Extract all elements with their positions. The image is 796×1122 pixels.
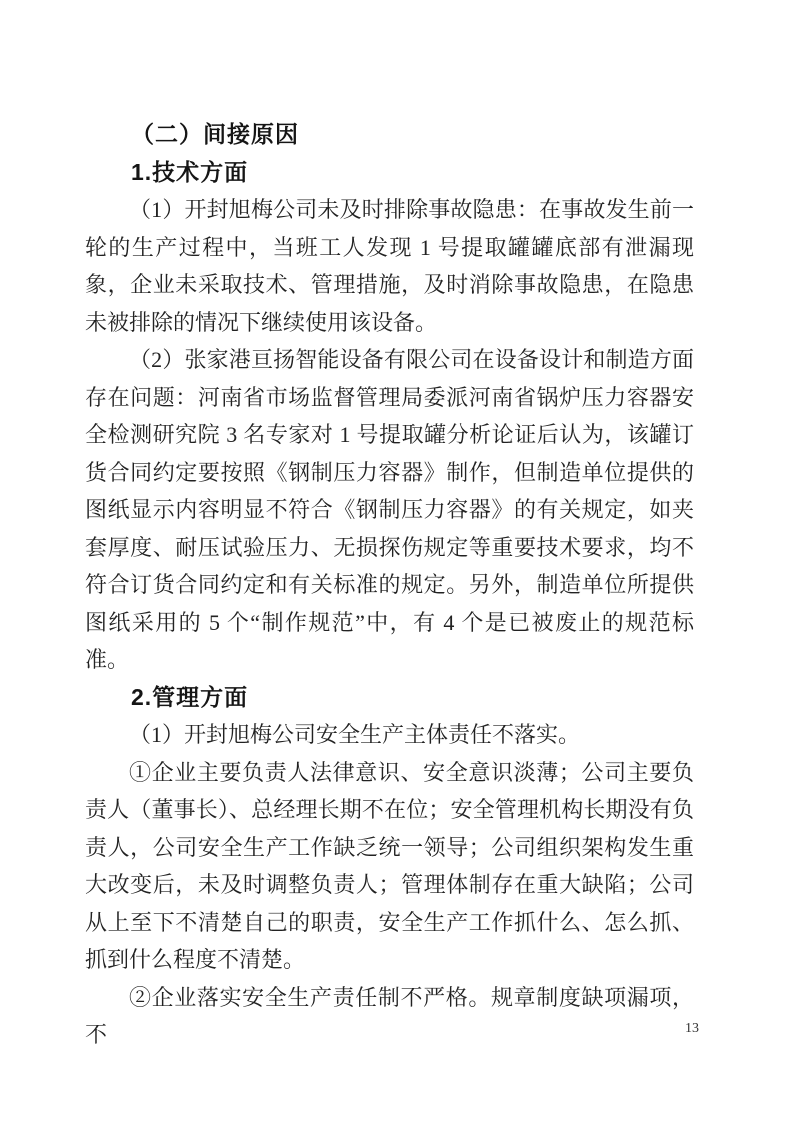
subsection-heading-technical: 1.技术方面 [85,154,694,192]
page-number: 13 [685,1021,699,1037]
paragraph-management-item-1: ①企业主要负责人法律意识、安全意识淡薄；公司主要负责人（董事长）、总经理长期不在… [85,754,694,979]
paragraph-management-item-2: ②企业落实安全生产责任制不严格。规章制度缺项漏项，不 [85,979,694,1054]
paragraph-technical-1: （1）开封旭梅公司未及时排除事故隐患：在事故发生前一轮的生产过程中，当班工人发现… [85,191,694,341]
subsection-heading-management: 2.管理方面 [85,679,694,717]
document-page: （二）间接原因 1.技术方面 （1）开封旭梅公司未及时排除事故隐患：在事故发生前… [0,0,796,1122]
section-heading-indirect-causes: （二）间接原因 [85,116,694,154]
paragraph-technical-2: （2）张家港亘扬智能设备有限公司在设备设计和制造方面存在问题：河南省市场监督管理… [85,341,694,679]
paragraph-management-1: （1）开封旭梅公司安全生产主体责任不落实。 [85,716,694,754]
document-body: （二）间接原因 1.技术方面 （1）开封旭梅公司未及时排除事故隐患：在事故发生前… [85,116,694,1054]
